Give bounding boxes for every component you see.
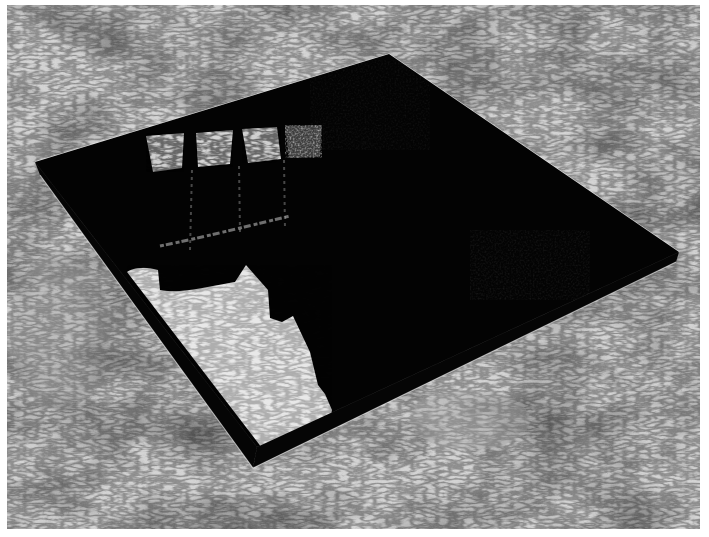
- reflection-sheen: [470, 230, 590, 300]
- photo-scene: [0, 0, 709, 537]
